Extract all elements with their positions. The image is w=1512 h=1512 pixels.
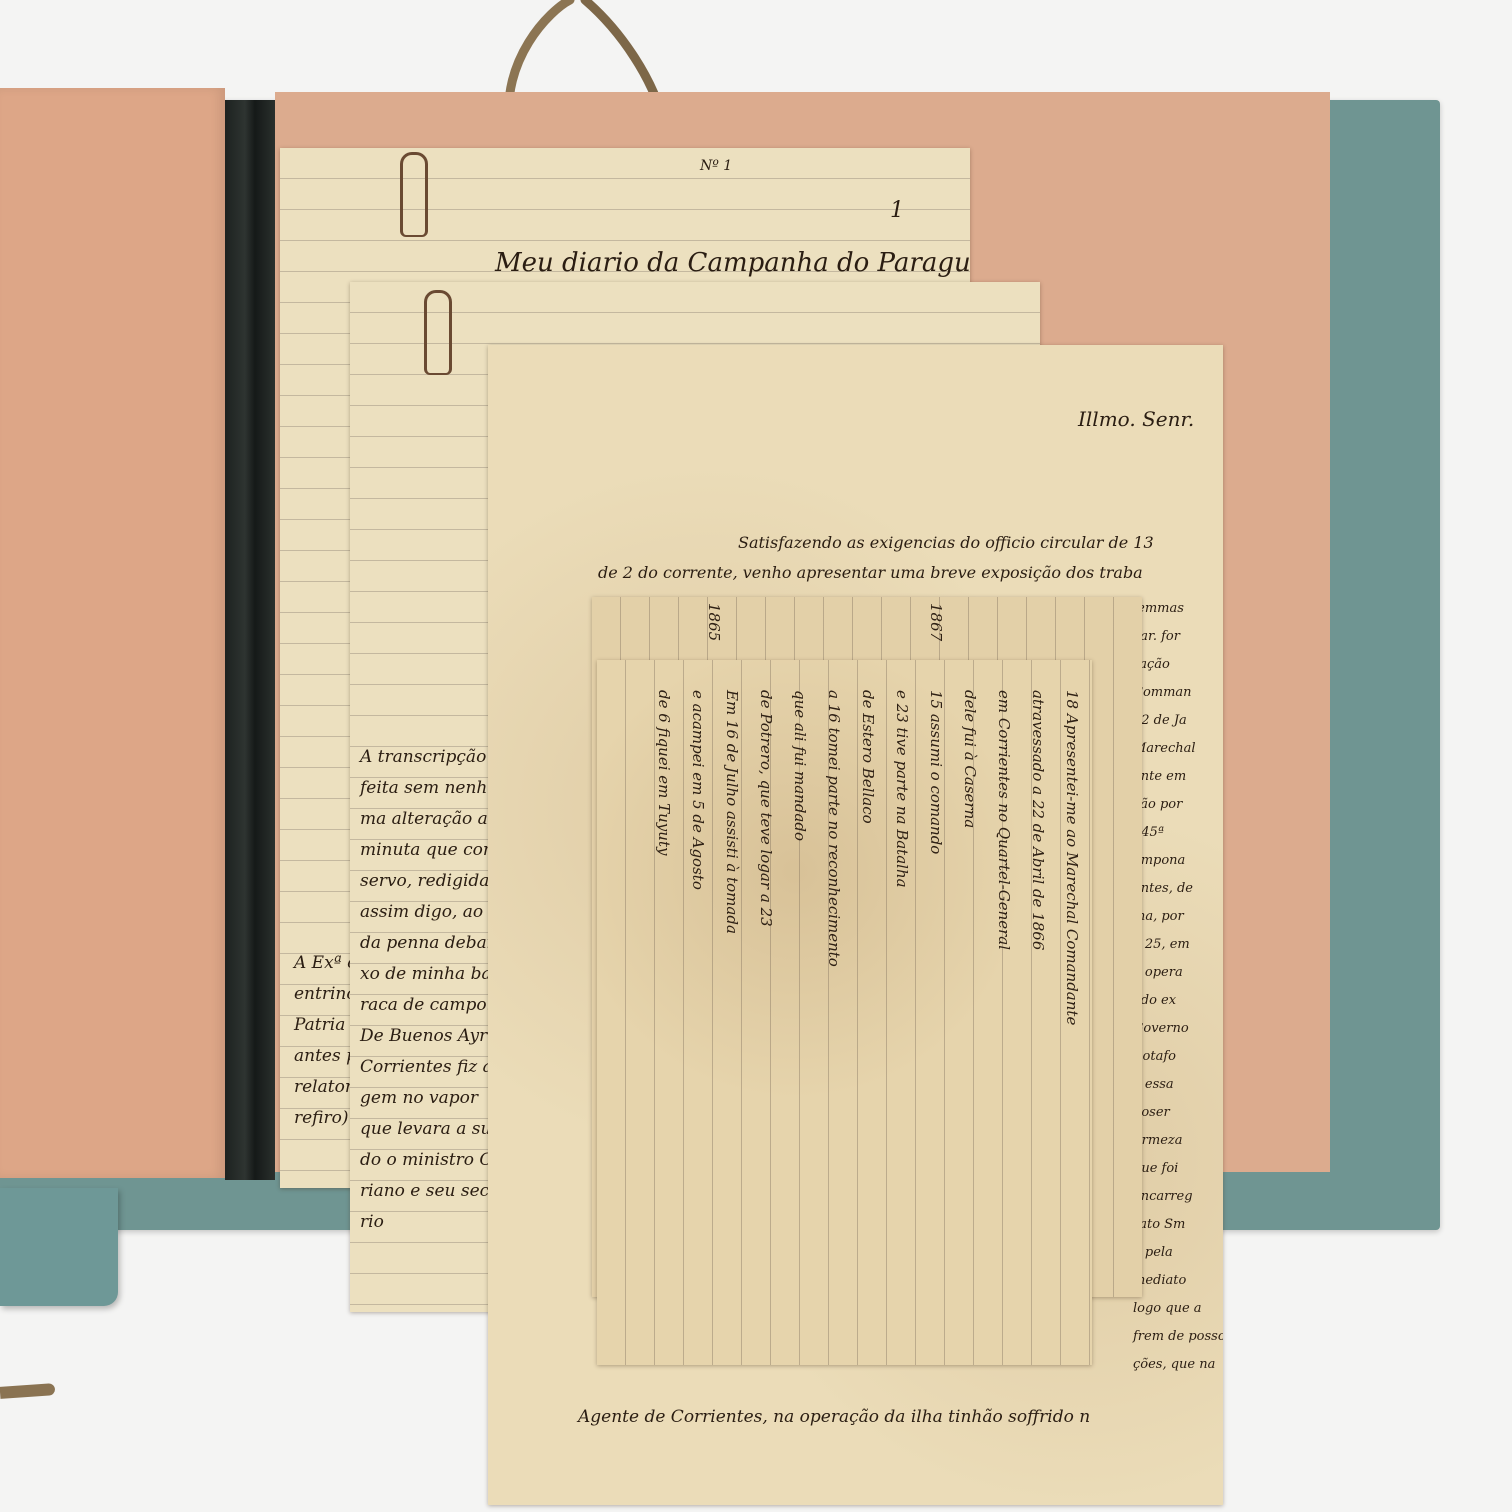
text-line: frem de posso [1133, 1323, 1223, 1351]
letter-line-2: de 2 do corrente, venho apresentar uma b… [598, 563, 1143, 582]
notes-line: de 6 fiquei em Tuyuty [650, 690, 678, 1340]
notes-line: 18 Apresentei-me ao Marechal Comandante [1058, 690, 1086, 1340]
diary-title: Meu diario da Campanha do Paraguay [495, 248, 970, 278]
notes-line: e 23 tive parte na Batalha [888, 690, 916, 1340]
paperclip-icon [400, 152, 428, 237]
text-line: ado ex [1133, 987, 1223, 1015]
letter-salutation: Illmo. Senr. [1078, 407, 1194, 431]
text-line: Governo [1133, 1015, 1223, 1043]
notes-line: a 16 tomei parte no reconhecimento [820, 690, 848, 1340]
notes-line: 15 assumi o comando [922, 690, 950, 1340]
text-line: firmeza [1133, 1127, 1223, 1155]
folder-tab [0, 1188, 118, 1306]
notes-line: e acampei em 5 de Agosto [684, 690, 712, 1340]
notes-line: de Estero Bellaco [854, 690, 882, 1340]
letter-right-margin: lemmas car. for ração Comman 22 de Ja Ma… [1133, 595, 1223, 1379]
text-line: Marechal [1133, 735, 1223, 763]
notes-line: que ali fui mandado [786, 690, 814, 1340]
cord-end [0, 1383, 55, 1399]
text-line: a 25, em [1133, 931, 1223, 959]
notes-line: de Potrero, que teve logar a 23 [752, 690, 780, 1340]
text-line: car. for [1133, 623, 1223, 651]
letter-bottom-line: Agente de Corrientes, na operação da ilh… [578, 1407, 1090, 1427]
text-line: rato Sm [1133, 1211, 1223, 1239]
text-line: Comman [1133, 679, 1223, 707]
letter-line-1: Satisfazendo as exigencias do officio ci… [738, 533, 1154, 552]
text-line: lemmas [1133, 595, 1223, 623]
notes-line: Em 16 de Julho assisti à tomada [718, 690, 746, 1340]
text-line: 22 de Ja [1133, 707, 1223, 735]
text-line: mediato [1133, 1267, 1223, 1295]
paperclip-icon [424, 290, 452, 375]
page-mark: Nº 1 [700, 158, 732, 174]
text-line: que foi [1133, 1155, 1223, 1183]
text-line: Botafo [1133, 1043, 1223, 1071]
text-line: ração [1133, 651, 1223, 679]
text-line: 145ª [1133, 819, 1223, 847]
year-label: 1865 [700, 603, 728, 641]
text-line: encarreg [1133, 1183, 1223, 1211]
text-line: a essa [1133, 1071, 1223, 1099]
text-line: ção por [1133, 791, 1223, 819]
notes-line: atravessado a 22 de Abril de 1866 [1024, 690, 1052, 1340]
text-line: a pela [1133, 1239, 1223, 1267]
text-line: ções, que na [1133, 1351, 1223, 1379]
notes-line: em Corrientes no Quartel-General [990, 690, 1018, 1340]
year-label: 1867 [922, 603, 950, 641]
text-line: antes, de [1133, 875, 1223, 903]
text-line: ma, por [1133, 903, 1223, 931]
notes-line: dele fui à Caserna [956, 690, 984, 1340]
endpaper-left [0, 88, 225, 1178]
notes-columns: 18 Apresentei-me ao Marechal Comandante … [650, 690, 1086, 1340]
text-line: ante em [1133, 763, 1223, 791]
text-line: poser [1133, 1099, 1223, 1127]
text-line: a opera [1133, 959, 1223, 987]
page-number: 1 [890, 198, 904, 223]
diary-notes-sheet: 18 Apresentei-me ao Marechal Comandante … [597, 660, 1092, 1365]
cloth-spine [225, 100, 275, 1180]
text-line: empona [1133, 847, 1223, 875]
text-line: logo que a [1133, 1295, 1223, 1323]
